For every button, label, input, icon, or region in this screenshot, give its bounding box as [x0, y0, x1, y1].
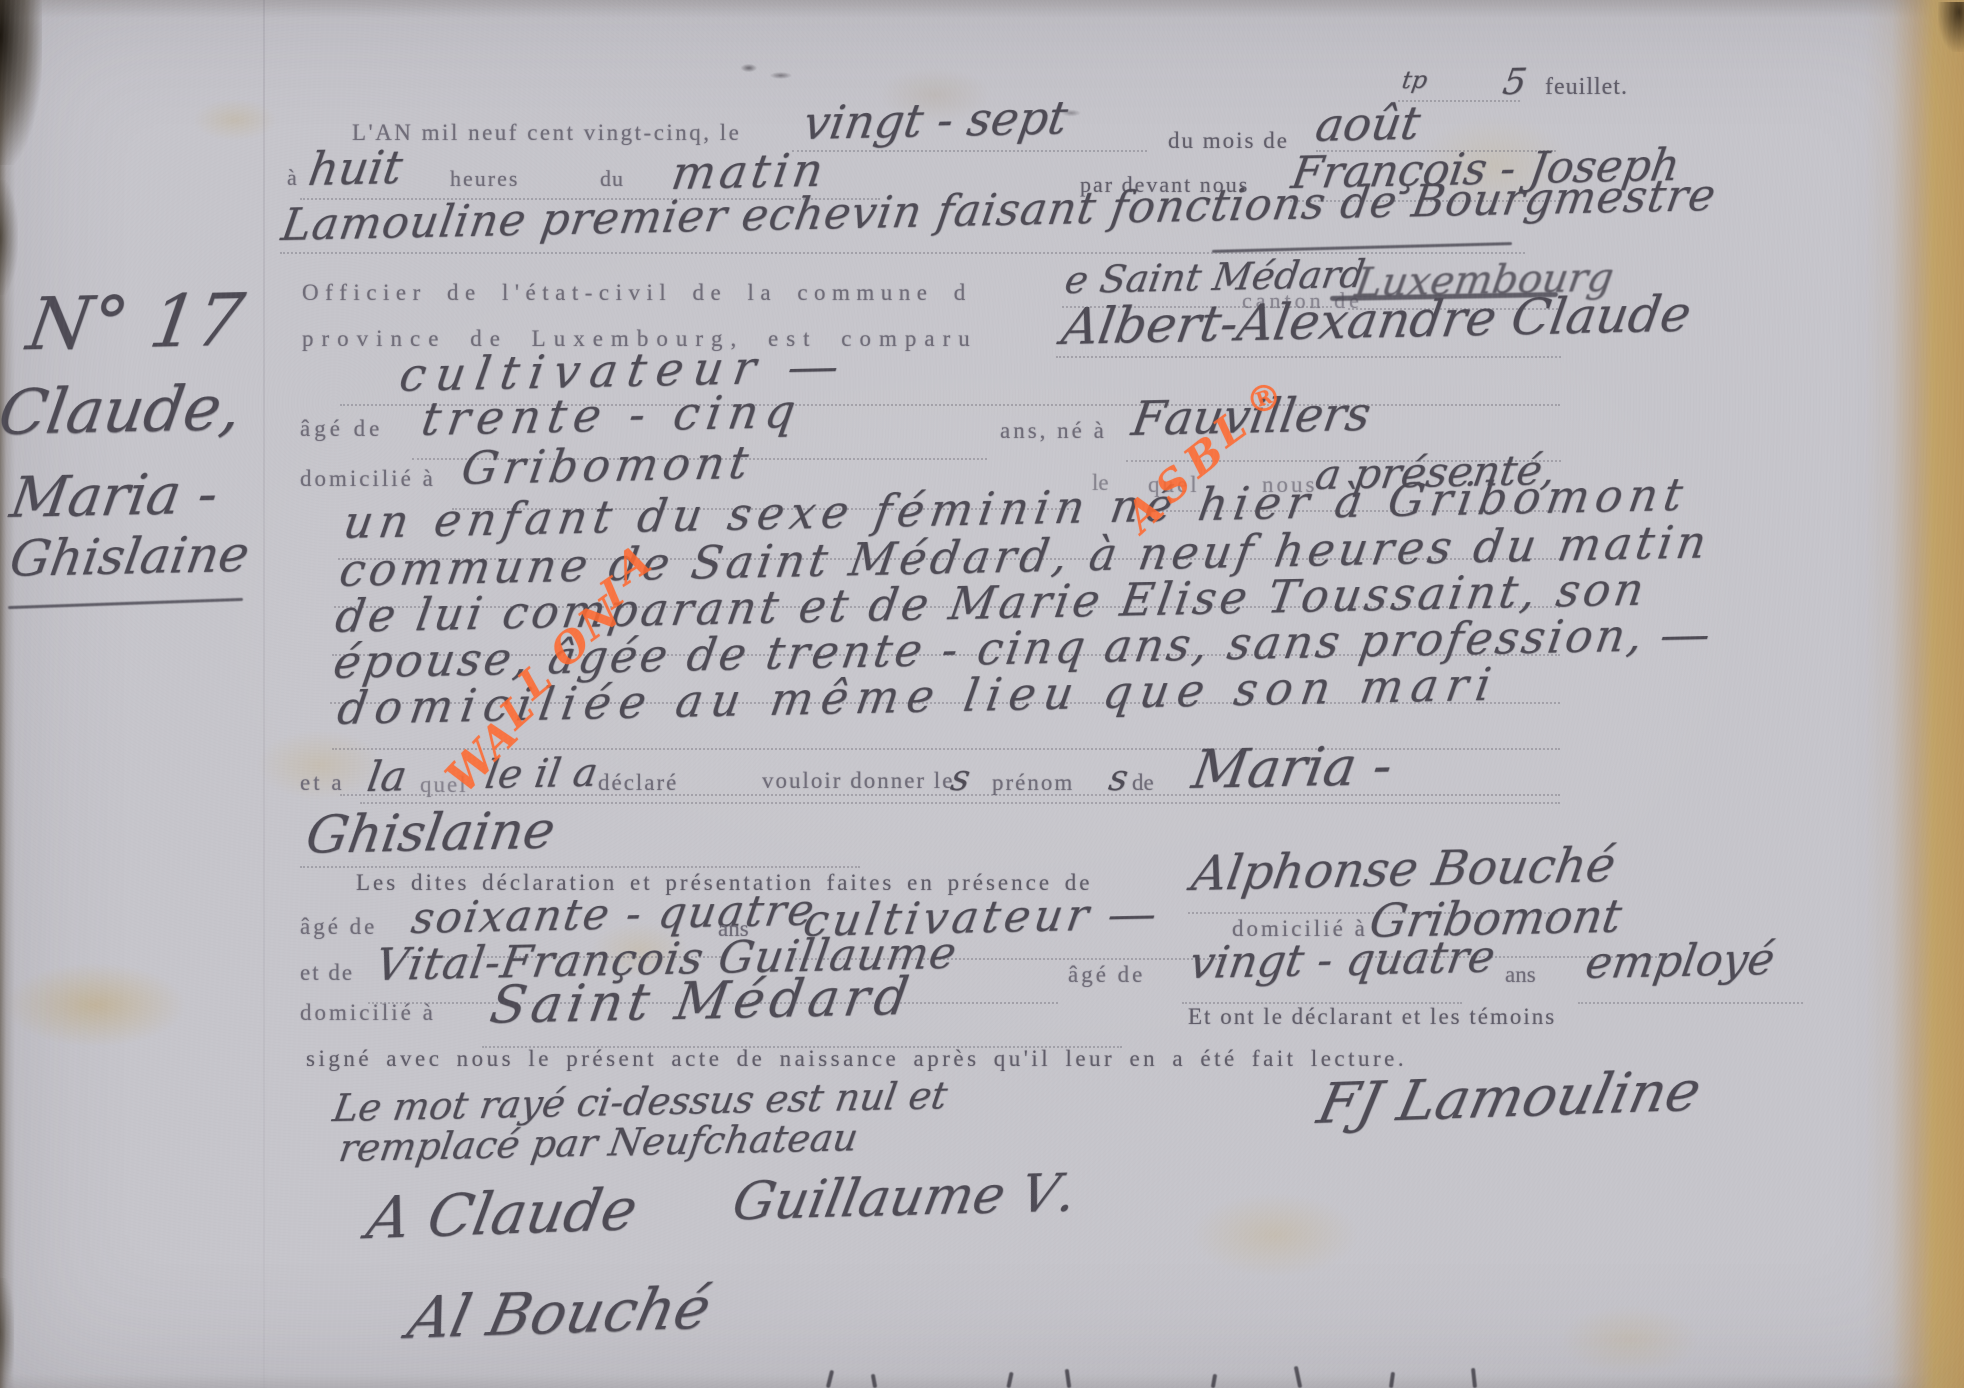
- dotted-fill-line: [1056, 356, 1561, 358]
- margin-child-secondname: Ghislaine: [6, 525, 253, 588]
- hw-hour: huit: [305, 140, 406, 196]
- hw-secondname-ghislaine: Ghislaine: [302, 801, 559, 866]
- printed-domiciled-3: domicilié à: [300, 1000, 436, 1026]
- hw-day: vingt - sept: [800, 91, 1071, 150]
- sheet-number: 5: [1500, 62, 1529, 103]
- dotted-fill-line: [1578, 1002, 1803, 1004]
- printed-declare: déclaré: [598, 770, 678, 796]
- hw-declarant-residence: Gribomont: [458, 436, 757, 495]
- pencil-marks-top: [736, 56, 800, 86]
- margin-child-firstname: Maria -: [6, 462, 222, 531]
- margin-underline-flourish: [8, 598, 243, 609]
- sheet-label: feuillet.: [1545, 74, 1628, 101]
- cutoff-handwriting-marks: [1211, 1374, 1217, 1388]
- printed-et-ont: Et ont le déclarant et les témoins: [1188, 1004, 1556, 1030]
- cutoff-handwriting-marks: [1294, 1366, 1302, 1388]
- printed-domiciled: domicilié à: [300, 466, 436, 492]
- printed-aged-3: âgé de: [1068, 962, 1145, 988]
- printed-aged: âgé de: [300, 416, 383, 442]
- dotted-fill-line: [300, 866, 860, 868]
- hw-month: août: [1312, 96, 1424, 152]
- margin-child-surname: Claude,: [0, 371, 246, 449]
- printed-born-at: ans, né à: [1000, 418, 1107, 444]
- hw-plural-s1: s: [948, 758, 973, 799]
- cutoff-handwriting-marks: [871, 1374, 877, 1388]
- margin-act-number: N° 17: [22, 278, 249, 366]
- scanned-birth-record: 5 feuillet. N° 17 Claude, Maria - Ghisla…: [0, 0, 1964, 1388]
- dotted-fill-line: [792, 150, 1147, 152]
- printed-give-names: vouloir donner le: [762, 768, 954, 794]
- printed-aged-2: âgé de: [300, 914, 377, 940]
- printed-et-de: et de: [300, 960, 354, 986]
- edge-smudge-left: [0, 180, 18, 295]
- printed-year-phrase: L'AN mil neuf cent vingt-cinq, le: [352, 120, 741, 146]
- hw-month-flourish: tp: [1400, 65, 1429, 94]
- signature-officer: FJ Lamouline: [1312, 1059, 1707, 1137]
- printed-civil-officer: Officier de l'état-civil de la commune d: [302, 280, 972, 306]
- hw-witness2-residence: Saint Médard: [486, 967, 917, 1036]
- cutoff-handwriting-marks: [826, 1370, 834, 1388]
- printed-hours: heures: [450, 166, 519, 192]
- signature-witness-guillaume: Guillaume V.: [728, 1163, 1081, 1232]
- hw-witness2-occupation: employé: [1582, 934, 1778, 989]
- dark-speck-top-right: [1938, 2, 1964, 52]
- dark-corner-top-left: [0, 0, 42, 165]
- cutoff-handwriting-marks: [1065, 1369, 1072, 1388]
- hw-plural-s2: s: [1106, 758, 1131, 799]
- printed-signature-clause: signé avec nous le présent acte de naiss…: [306, 1046, 1407, 1072]
- hw-declarant-name: Albert-Alexandre Claude: [1058, 285, 1695, 356]
- hw-firstname-maria: Maria -: [1188, 734, 1397, 801]
- printed-month-phrase: du mois de: [1168, 128, 1289, 154]
- signature-declarant: A Claude: [362, 1175, 643, 1252]
- printed-at: à: [287, 165, 297, 191]
- hw-witness2-age: vingt - quatre: [1186, 932, 1498, 989]
- printed-ans-3: ans: [1505, 962, 1536, 988]
- printed-prenom: prénom: [992, 770, 1074, 796]
- printed-de: de: [1132, 770, 1154, 796]
- margin-crease: [263, 0, 265, 1388]
- signature-witness-bouche: Al Bouché: [402, 1274, 717, 1352]
- printed-du: du: [600, 166, 624, 192]
- cutoff-handwriting-marks: [1471, 1368, 1477, 1388]
- printed-et-a: et a: [300, 770, 345, 796]
- dark-edge-bottom-left: [0, 1278, 14, 1388]
- cutoff-handwriting-marks: [1006, 1372, 1013, 1388]
- cutoff-handwriting-marks: [1389, 1372, 1395, 1388]
- hw-la: la: [364, 751, 410, 801]
